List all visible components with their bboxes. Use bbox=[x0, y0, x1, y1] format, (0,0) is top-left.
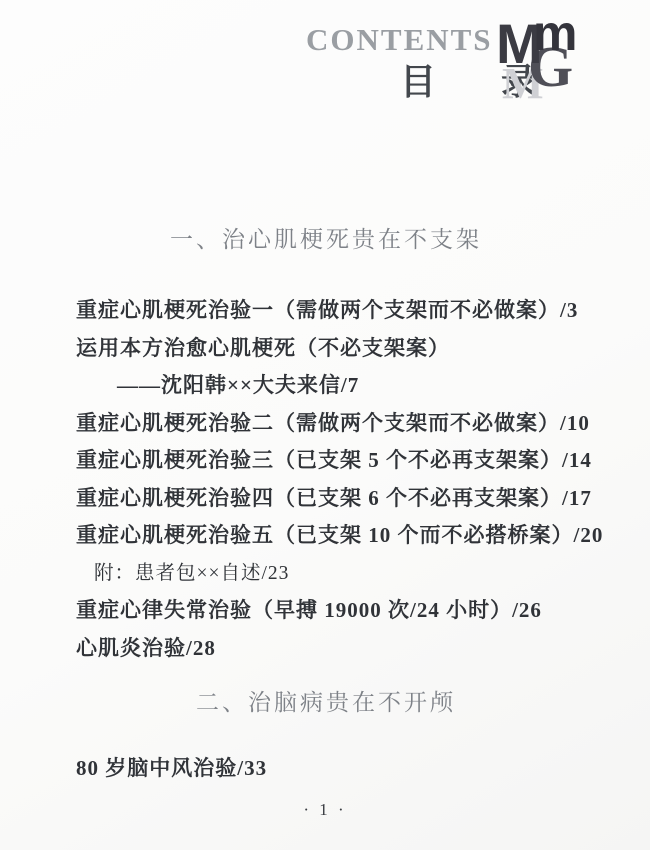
toc-item: 运用本方治愈心肌梗死（不必支架案） bbox=[76, 330, 576, 368]
book-contents-page: CONTENTS 目 录 M G M m 一、治心肌梗死贵在不支架 重症心肌梗死… bbox=[0, 0, 650, 850]
toc-item-appendix: 附：患者包××自述/23 bbox=[76, 555, 576, 593]
publisher-logo: M G M m bbox=[496, 14, 606, 109]
page-header: CONTENTS 目 录 M G M m bbox=[0, 0, 650, 130]
toc-item: 重症心肌梗死治验二（需做两个支架而不必做案）/10 bbox=[76, 405, 576, 443]
table-of-contents: 一、治心肌梗死贵在不支架 重症心肌梗死治验一（需做两个支架而不必做案）/3 运用… bbox=[76, 224, 576, 783]
contents-label: CONTENTS bbox=[306, 22, 493, 58]
toc-item: 重症心肌梗死治验一（需做两个支架而不必做案）/3 bbox=[76, 292, 576, 330]
toc-item: 重症心肌梗死治验四（已支架 6 个不必再支架案）/17 bbox=[76, 480, 576, 518]
page-number: · 1 · bbox=[0, 800, 650, 820]
toc-item: 心肌炎治验/28 bbox=[76, 630, 576, 668]
section-1-heading: 一、治心肌梗死贵在不支架 bbox=[76, 224, 576, 254]
logo-letter-m-small: m bbox=[533, 8, 577, 58]
section-2-heading: 二、治脑病贵在不开颅 bbox=[76, 687, 576, 717]
toc-item: 重症心肌梗死治验五（已支架 10 个而不必搭桥案）/20 bbox=[76, 517, 576, 555]
toc-item: 80 岁脑中风治验/33 bbox=[76, 753, 576, 783]
toc-item: 重症心律失常治验（早搏 19000 次/24 小时）/26 bbox=[76, 592, 576, 630]
toc-item-attribution: ——沈阳韩××大夫来信/7 bbox=[76, 367, 576, 405]
toc-item: 重症心肌梗死治验三（已支架 5 个不必再支架案）/14 bbox=[76, 442, 576, 480]
